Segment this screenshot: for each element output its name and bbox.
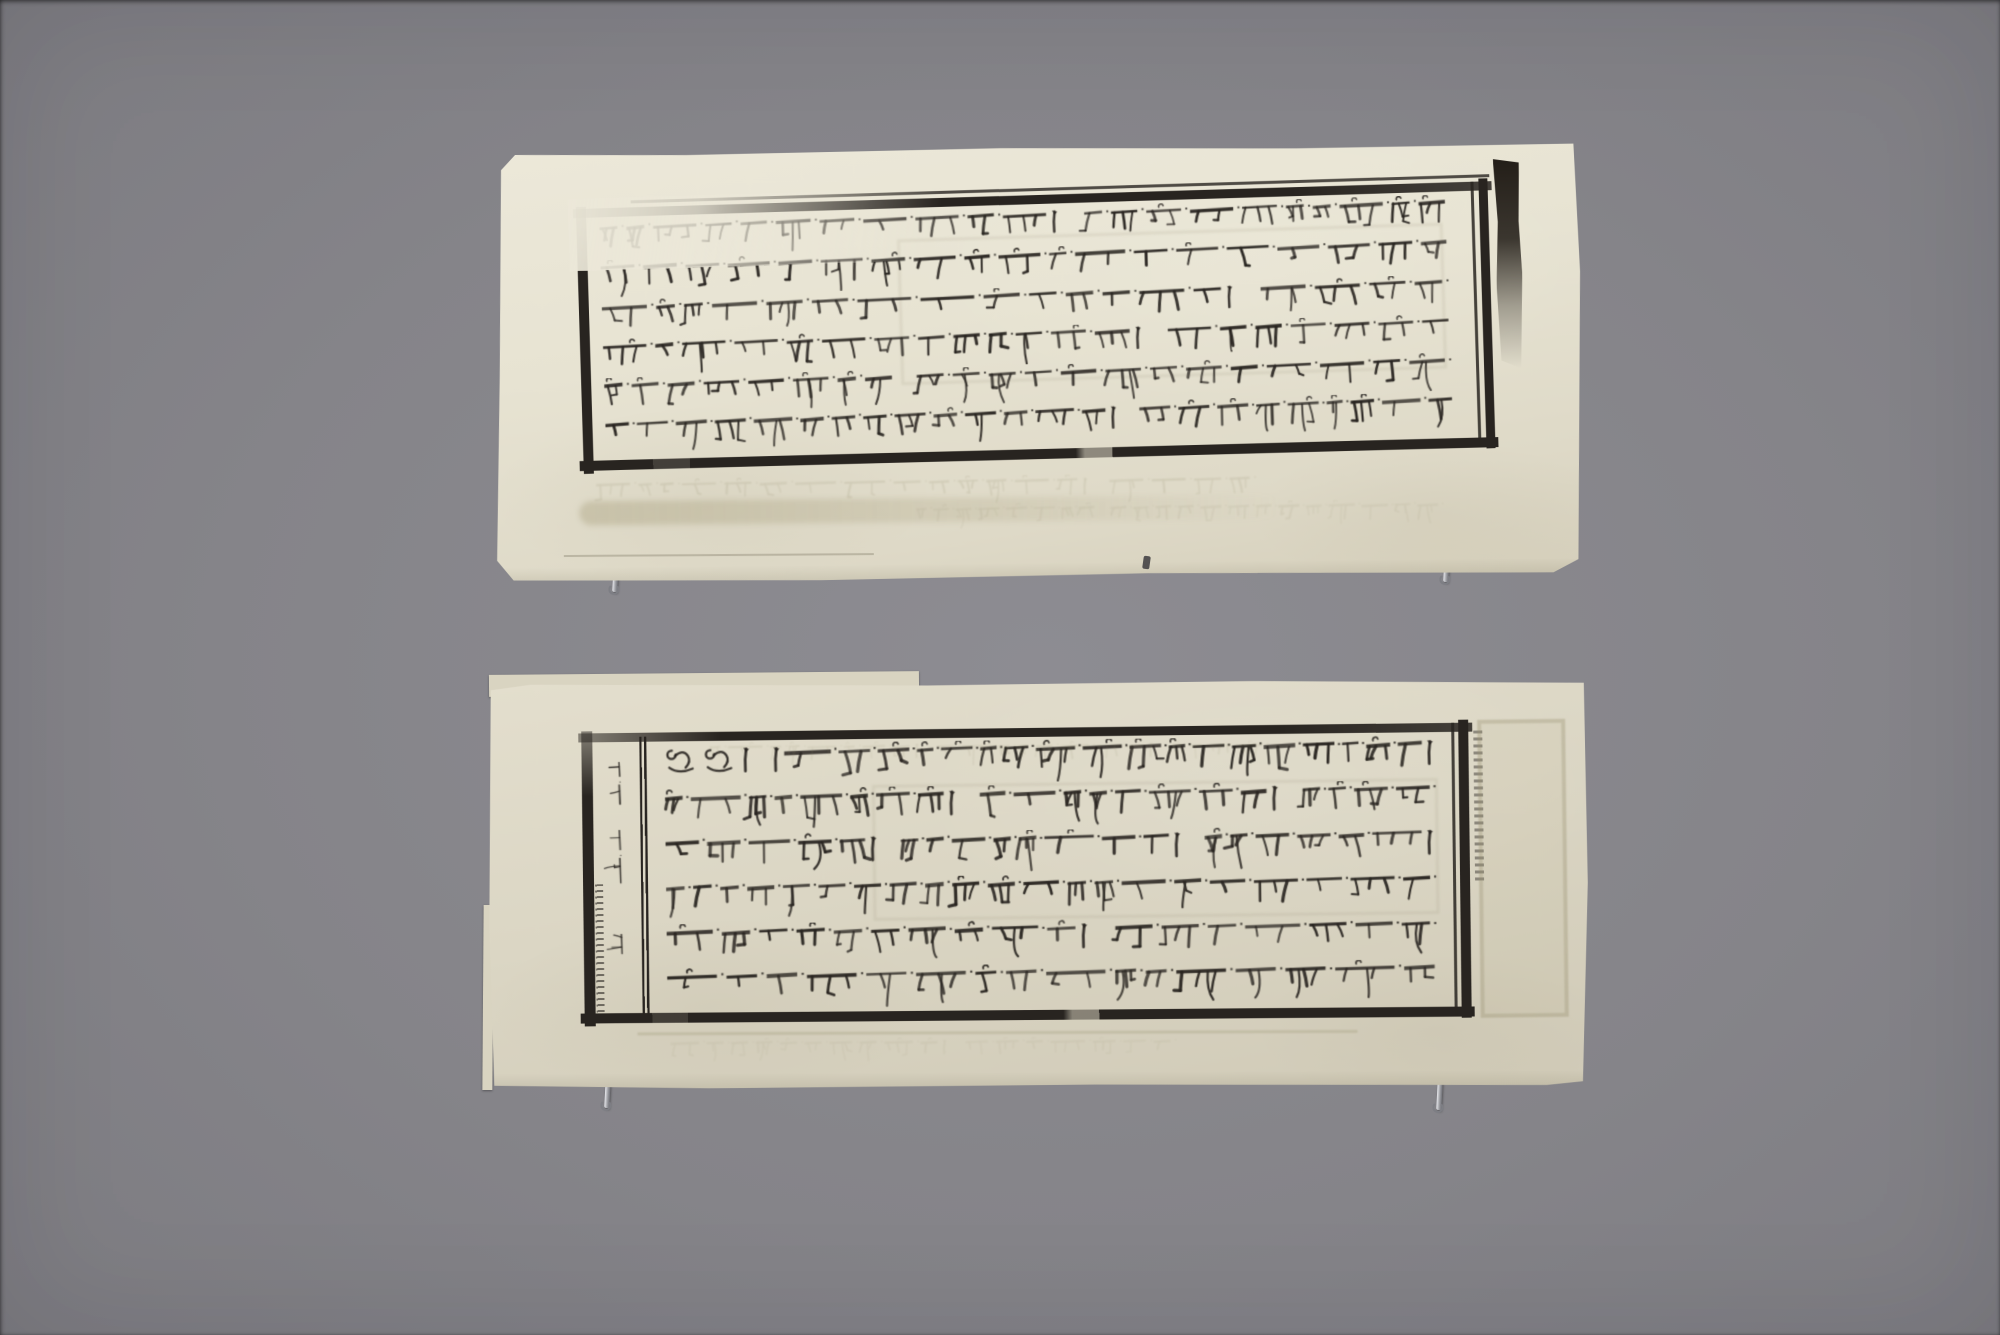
ghost-text-row	[707, 740, 1327, 766]
script-line	[664, 959, 1448, 1011]
upper-leaf-print-frame	[576, 181, 1496, 471]
lower-leaf-print-frame	[581, 723, 1471, 1024]
ghost-rule	[638, 1030, 1358, 1036]
frame-border-right-inner-rule	[1451, 723, 1458, 1015]
margin-label-vertical	[602, 827, 625, 907]
frame-border-right	[1478, 178, 1495, 448]
upper-leaf	[490, 142, 1584, 584]
script-line	[664, 915, 1448, 967]
frame-border-left	[581, 731, 596, 1026]
margin-double-rule	[639, 737, 649, 1018]
ghost-text-row	[913, 499, 1453, 530]
ghost-offset-frame-right	[1477, 719, 1569, 1018]
frame-border-left	[576, 207, 594, 474]
margin-label-vertical	[602, 759, 625, 823]
ghost-text-row	[668, 1036, 1308, 1062]
over-inked-blotch	[1493, 158, 1525, 369]
paper-crease	[564, 553, 874, 557]
frame-border-hatching	[595, 884, 605, 1017]
photograph	[0, 0, 2000, 1335]
margin-label-vertical	[604, 931, 627, 981]
frame-border-right	[1458, 720, 1472, 1018]
lower-leaf	[486, 679, 1590, 1090]
